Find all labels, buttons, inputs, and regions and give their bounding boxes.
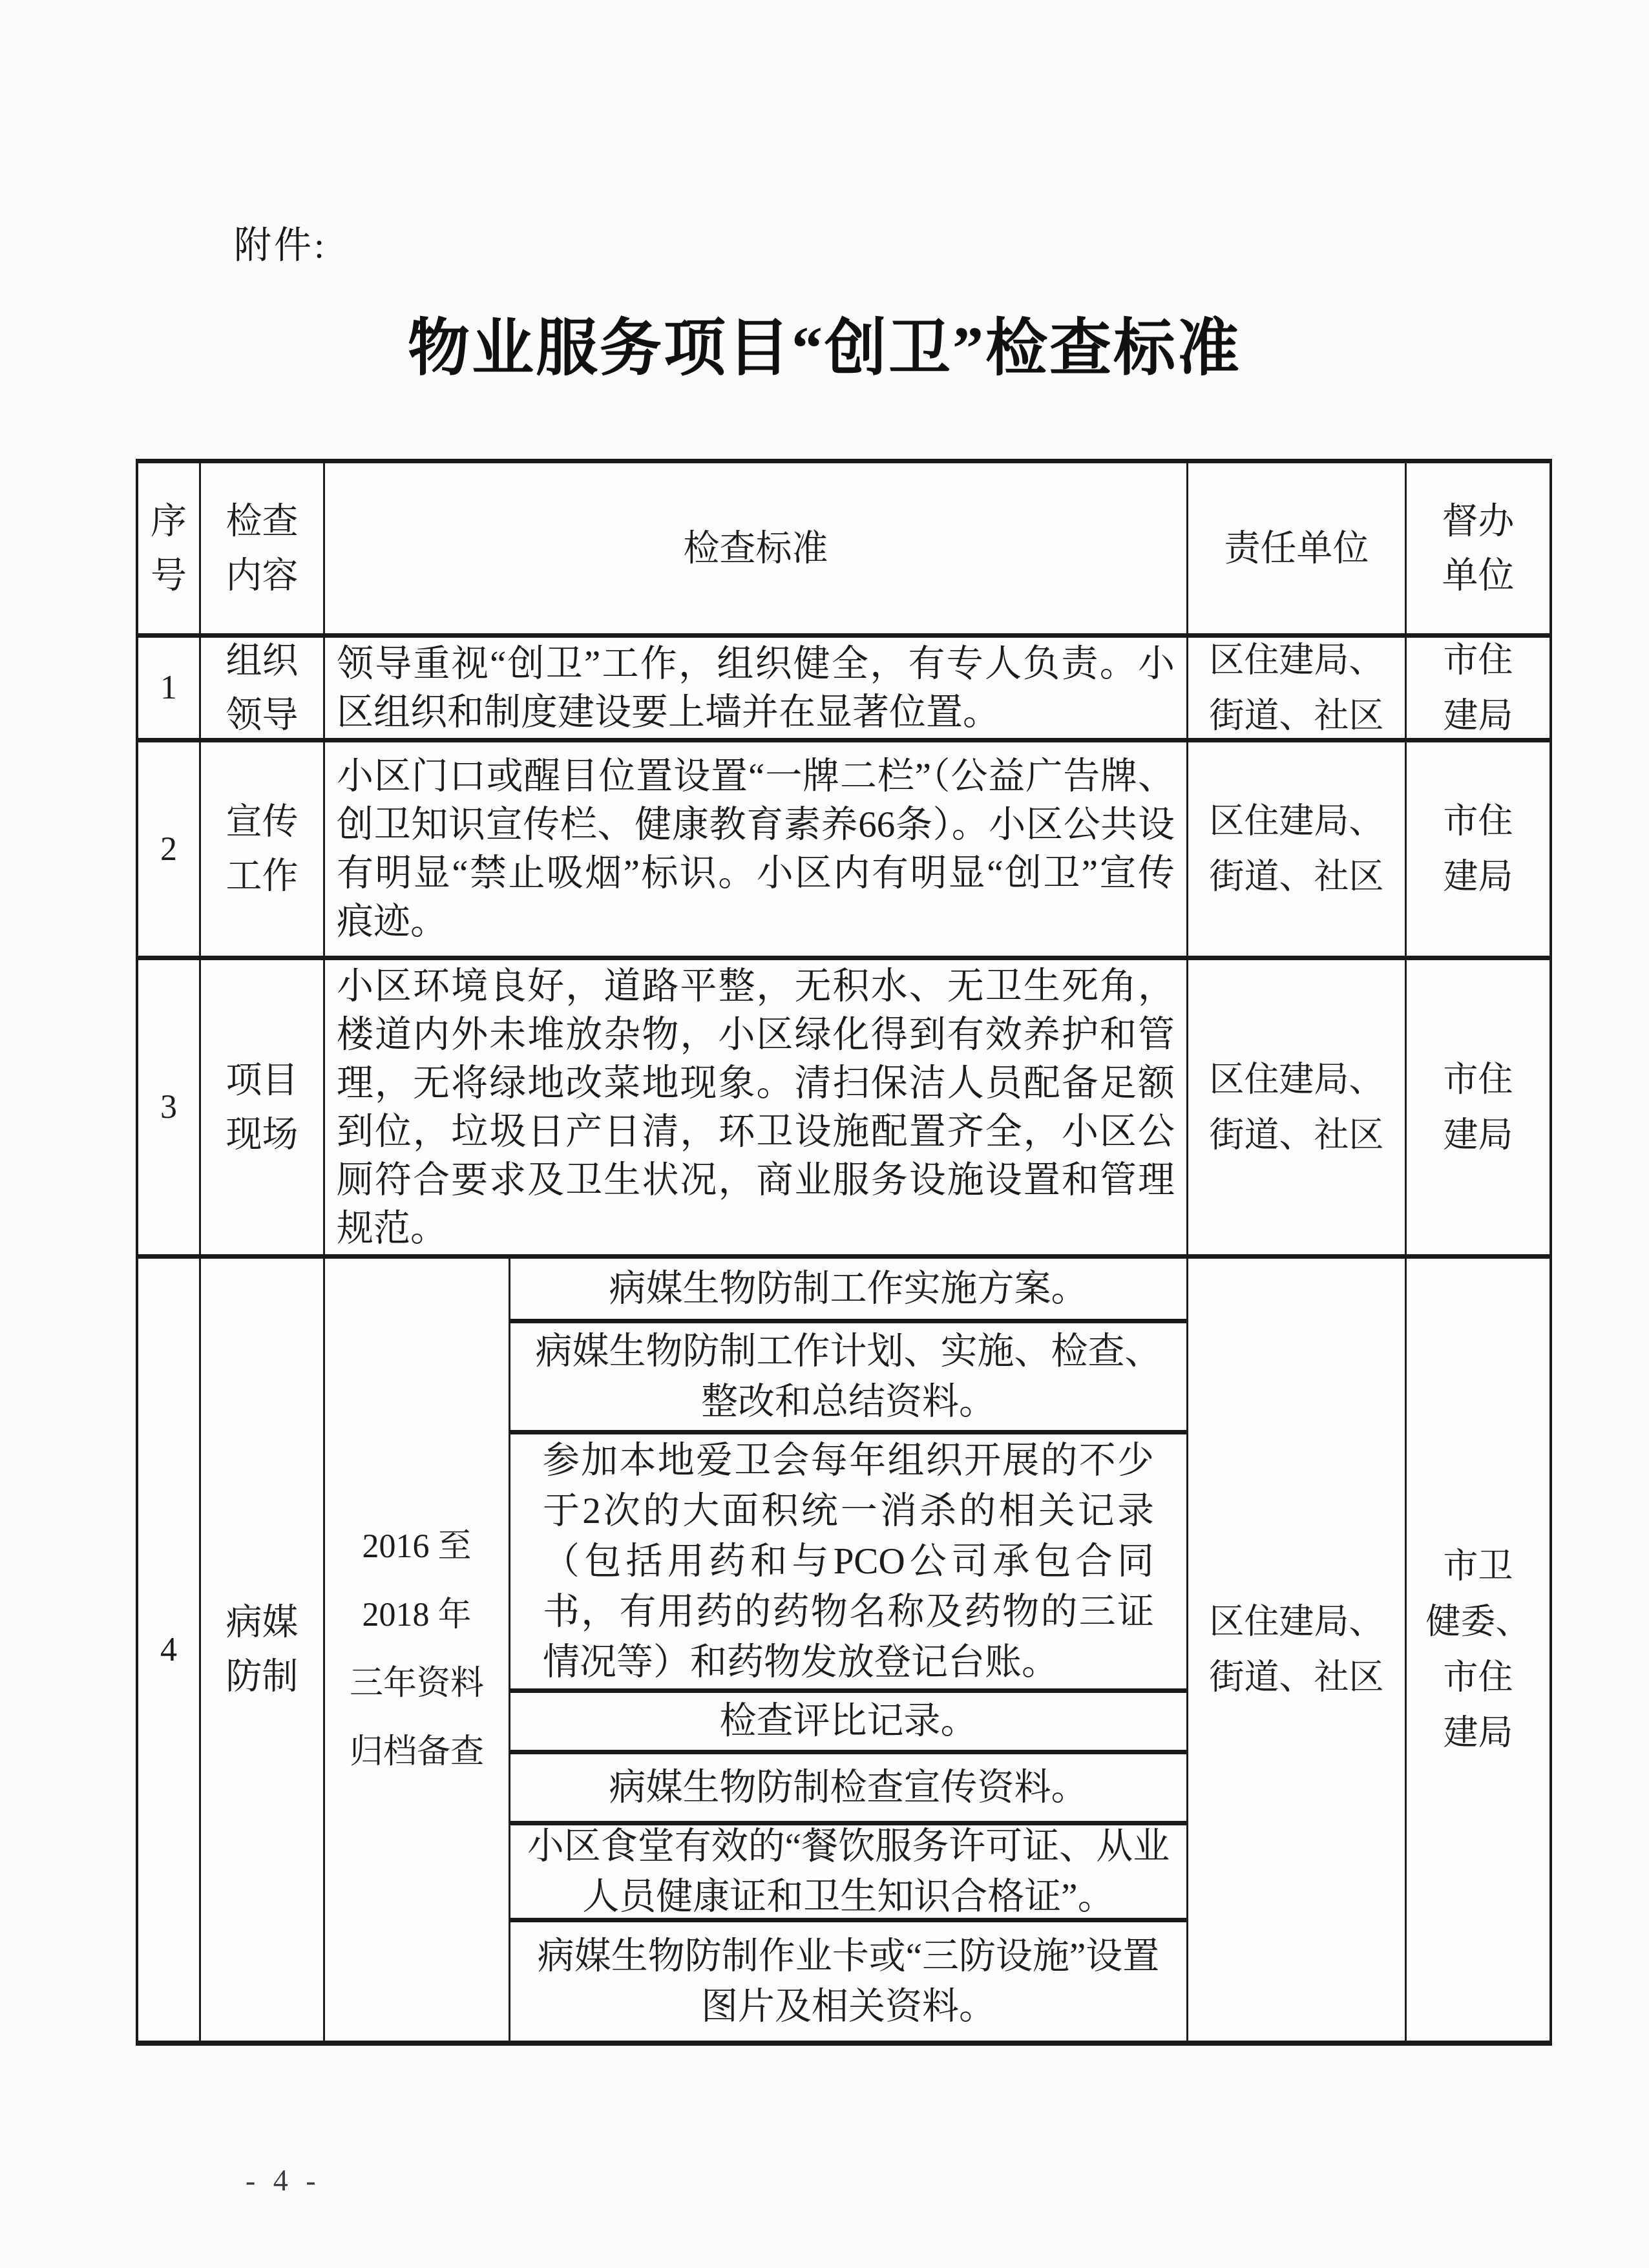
sub-standard-text: 病媒生物防制作业卡或“三防设施”设置图片及相关资料。 (510, 1931, 1186, 2032)
table-row: 4 病媒 防制 2016 至 2018 年 三年资料 归档备查 病媒生物防制工作… (138, 1259, 1549, 2041)
sub-standard-cell: 参加本地爱卫会每年组织开展的不少于2次的大面积统一消杀的相关记录（包括用药和与P… (510, 1434, 1186, 1693)
content-cell: 项目 现场 (201, 960, 325, 1254)
standard-cell: 领导重视“创卫”工作，组织健全，有专人负责。小区组织和制度建设要上墙并在显著位置… (325, 638, 1188, 738)
row-no-cell: 3 (138, 960, 201, 1254)
sub-standards-column: 病媒生物防制工作实施方案。 病媒生物防制工作计划、实施、检查、整改和总结资料。 … (510, 1259, 1188, 2041)
supervisor-cell: 市住 建局 (1407, 960, 1549, 1254)
page-number: - 4 - (246, 2163, 321, 2198)
standard-cell: 小区门口或醒目位置设置“一牌二栏”（公益广告牌、创卫知识宣传栏、健康教育素养66… (325, 742, 1188, 956)
header-supervisor: 督办 单位 (1407, 463, 1549, 633)
supervisor-cell: 市住 建局 (1407, 638, 1549, 738)
row-no-cell: 2 (138, 742, 201, 956)
sub-standard-text: 病媒生物防制工作实施方案。 (510, 1264, 1186, 1314)
attachment-label: 附件: (234, 215, 327, 269)
supervisor-cell: 市住 建局 (1407, 742, 1549, 956)
sub-standard-cell: 病媒生物防制作业卡或“三防设施”设置图片及相关资料。 (510, 1922, 1186, 2041)
standard-text: 小区环境良好，道路平整，无积水、无卫生死角，楼道内外未堆放杂物，小区绿化得到有效… (325, 962, 1186, 1253)
standard-cell: 小区环境良好，道路平整，无积水、无卫生死角，楼道内外未堆放杂物，小区绿化得到有效… (325, 960, 1188, 1254)
sub-standard-text: 检查评比记录。 (510, 1696, 1186, 1747)
page-title: 物业服务项目“创卫”检查标准 (0, 299, 1649, 387)
table-row: 1 组织 领导 领导重视“创卫”工作，组织健全，有专人负责。小区组织和制度建设要… (138, 638, 1549, 742)
sub-standard-cell: 病媒生物防制工作实施方案。 (510, 1259, 1186, 1323)
row-no-cell: 4 (138, 1259, 201, 2041)
content-cell: 组织 领导 (201, 638, 325, 738)
table-row: 3 项目 现场 小区环境良好，道路平整，无积水、无卫生死角，楼道内外未堆放杂物，… (138, 960, 1549, 1259)
sub-standard-cell: 病媒生物防制工作计划、实施、检查、整改和总结资料。 (510, 1323, 1186, 1434)
sub-standard-cell: 检查评比记录。 (510, 1693, 1186, 1754)
responsible-cell: 区住建局、 街道、社区 (1188, 638, 1407, 738)
standard-text: 领导重视“创卫”工作，组织健全，有专人负责。小区组织和制度建设要上墙并在显著位置… (325, 640, 1186, 737)
sub-standard-cell: 病媒生物防制检查宣传资料。 (510, 1754, 1186, 1825)
sub-standard-cell: 小区食堂有效的“餐饮服务许可证、从业人员健康证和卫生知识合格证”。 (510, 1825, 1186, 1922)
standard-text: 小区门口或醒目位置设置“一牌二栏”（公益广告牌、创卫知识宣传栏、健康教育素养66… (325, 752, 1186, 946)
responsible-cell: 区住建局、 街道、社区 (1188, 742, 1407, 956)
header-responsible: 责任单位 (1188, 463, 1407, 633)
inspection-table: 序 号 检查 内容 检查标准 责任单位 督办 单位 1 组织 领导 领导重视“创… (136, 459, 1552, 2046)
responsible-cell: 区住建局、 街道、社区 (1188, 960, 1407, 1254)
sub-standard-text: 小区食堂有效的“餐饮服务许可证、从业人员健康证和卫生知识合格证”。 (510, 1822, 1186, 1922)
sub-standard-text: 参加本地爱卫会每年组织开展的不少于2次的大面积统一消杀的相关记录（包括用药和与P… (510, 1436, 1186, 1688)
sub-standard-text: 病媒生物防制检查宣传资料。 (510, 1763, 1186, 1813)
content-cell: 宣传 工作 (201, 742, 325, 956)
header-no: 序 号 (138, 463, 201, 633)
header-content: 检查 内容 (201, 463, 325, 633)
header-standard: 检查标准 (325, 463, 1188, 633)
table-header-row: 序 号 检查 内容 检查标准 责任单位 督办 单位 (138, 463, 1549, 638)
sub-standard-text: 病媒生物防制工作计划、实施、检查、整改和总结资料。 (510, 1327, 1186, 1427)
responsible-cell: 区住建局、 街道、社区 (1188, 1259, 1407, 2041)
table-row: 2 宣传 工作 小区门口或醒目位置设置“一牌二栏”（公益广告牌、创卫知识宣传栏、… (138, 742, 1549, 960)
supervisor-cell: 市卫 健委、 市住 建局 (1407, 1259, 1549, 2041)
document-page: 附件: 物业服务项目“创卫”检查标准 序 号 检查 内容 检查标准 责任单位 督… (0, 0, 1649, 2268)
row-no-cell: 1 (138, 638, 201, 738)
archive-note-cell: 2016 至 2018 年 三年资料 归档备查 (325, 1259, 510, 2041)
content-cell: 病媒 防制 (201, 1259, 325, 2041)
